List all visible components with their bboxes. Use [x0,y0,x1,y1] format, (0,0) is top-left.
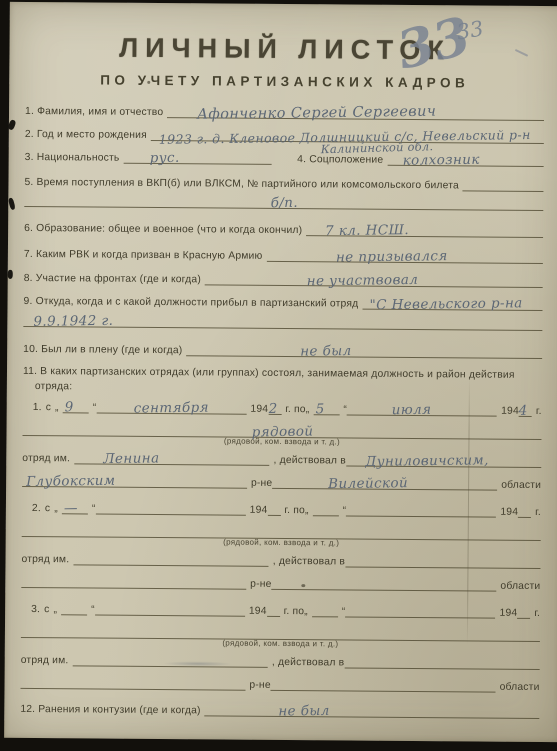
printed-oblasti: области [496,682,540,693]
quote-open: „ [305,505,313,516]
form-item-6: 6. Образование: общее и военное (что и к… [24,219,543,238]
row-2-acted-line [345,552,541,569]
printed-from: с [46,402,55,413]
item-8-line: не участвовал [205,270,543,288]
handwritten-page-number-small: 33 [455,16,485,44]
quote-close: “ [89,402,97,413]
row-3-acted-line [344,653,540,670]
form-item-8: 8. Участие на фронтах (где и когда) не у… [24,269,543,288]
printed-rne: р-не [246,579,271,590]
item-8-handwritten-value: не участвовал [306,272,418,289]
row-2-from-day-line: — [62,499,88,514]
row-2-to-year-line [518,503,531,518]
row-1-acted-in: Дуниловичским, [365,452,489,470]
item-8-label: 8. Участие на фронтах (где и когда) [24,273,205,285]
row-1-from-month-line: сентября [96,399,246,415]
service-row-3-region: р-не области [21,674,540,693]
item-9-label: 9. Откуда, когда и с какой должности при… [24,296,363,310]
item-5-handwritten-value: б/п. [270,195,298,211]
item-9-line: "С Невельского р-на [362,295,542,311]
quote-open: „ [55,402,63,413]
item-10-label: 10. Был ли в плену (где и когда) [23,344,186,356]
row-3-number: 3. [31,604,44,615]
item-3-line: рус. [123,149,271,165]
service-row-1-otryad: отряд им. Ленина , действовал в Дунилови… [22,449,541,468]
row-1-to-year: 4 [519,403,528,419]
item-12-line: не был [205,701,540,719]
service-row-1-region: Глубокским р-не Вилейской области [22,472,541,491]
printed-194: 194 [246,404,268,415]
quote-close: “ [339,505,347,516]
printed-deistvoval: , действовал в [268,657,344,669]
item-7-line: не призывался [266,247,543,264]
printed-194: 194 [496,608,518,619]
printed-194: 194 [497,406,519,417]
row-3-from-year-line [267,602,280,617]
row-3-to-year-line [517,604,530,619]
printed-rne: р-не [247,478,272,489]
scanned-form-page: 33 33 ЛИЧНЫЙ ЛИСТОК ПО УЧЕТУ ПАРТИЗАНСКИ… [4,2,557,742]
quote-close: “ [338,606,346,617]
item-7-label: 7. Каким РВК и когда призван в Красную А… [24,249,267,262]
item-10-handwritten-value: не был [300,343,352,360]
form-item-5-continuation: б/п. [24,192,543,211]
printed-otryad-im: отряд им. [22,453,74,464]
printed-g: г. [530,608,540,619]
printed-g-po: г. по [280,606,305,617]
form-item-2: 2. Год и место рождения 1923 г. д. Клено… [25,125,544,144]
row-1-from-day-line: 9 [63,398,89,413]
quote-close: “ [87,604,95,615]
row-1-to-day-line: 5 [313,400,339,415]
row-3-to-day-line [312,602,338,617]
printed-deistvoval: , действовал в [269,455,345,467]
row-2-to-month-line [346,501,496,517]
service-row-2-dates: 2. с „ — “ 194 г. по „ “ 194 г. [22,499,541,518]
item-2-label: 2. Год и место рождения [25,129,151,141]
row-3-district2-line [21,674,246,691]
edge-ink-mark [8,197,16,210]
ink-smudge [162,661,232,667]
row-3-oblast-line [271,676,496,693]
row-1-oblast-line: Вилейской [272,474,497,491]
row-1-acted-line: Дуниловичским, [346,451,542,468]
row-2-number: 2. [32,503,45,514]
item-1-line: Афонченко Сергей Сергеевич [167,103,544,121]
printed-otryad-im: отряд им. [21,655,73,666]
row-3-to-month-line [345,602,495,618]
service-row-3-otryad: отряд им. , действовал в [21,651,540,670]
row-1-oblast: Вилейской [328,475,408,492]
row-1-from-month: сентября [134,400,209,417]
row-1-from-year-line: 2 [268,400,281,415]
printed-194: 194 [246,505,268,516]
row-1-position: рядовой [251,423,313,440]
service-row-1-dates: 1. с „ 9 “ сентября 194 2 г. по „ 5 “ ию… [23,398,542,417]
form-item-9: 9. Откуда, когда и с какой должности при… [24,292,543,311]
form-subtitle: ПО УЧЕТУ ПАРТИЗАНСКИХ КАДРОВ [25,72,544,91]
item-12-label: 12. Ранения и контузии (где и когда) [20,704,204,716]
row-3-otryad-line [72,651,268,668]
service-row-2-region: р-не области [21,573,540,592]
printed-194: 194 [245,606,267,617]
row-1-to-day: 5 [315,401,324,417]
printed-otryad-im: отряд им. [21,554,73,565]
row-3-from-day-line [61,600,87,615]
service-row-2-otryad: отряд им. , действовал в [21,550,540,569]
form-item-11-label-line1: 11. В каких партизанских отрядах (или гр… [23,366,542,381]
form-body: 1. Фамилия, имя и отчество Афонченко Сер… [20,102,544,719]
item-3-label: 3. Национальность [25,152,124,164]
row-2-oblast-line [272,575,497,592]
item-5-label: 5. Время поступления в ВКП(б) или ВЛКСМ,… [24,177,463,191]
row-1-to-month: июля [392,402,432,419]
item-5-line [463,176,544,192]
item-9-handwritten-value: "С Невельского р-на [369,295,522,313]
row-1-from-year: 2 [268,401,277,417]
item-6-label: 6. Образование: общее и военное (что и к… [24,223,306,236]
printed-g-po: г. по [280,505,305,516]
printed-oblasti: области [497,480,541,491]
item-12-handwritten-value: не был [278,703,330,720]
item-3-handwritten-value: рус. [150,150,180,166]
edge-ink-mark [8,270,13,279]
quote-close: “ [339,404,347,415]
item-9-line2: 9.9.1942 г. [23,312,542,331]
row-1-district2: Глубокским [27,473,117,490]
service-row-3-dates: 3. с „ “ 194 г. по „ “ 194 г. [21,600,540,619]
form-item-3-4: Калининской обл. 3. Национальность рус. … [25,148,544,167]
quote-open: „ [54,503,62,514]
row-1-district2-line: Глубокским [22,472,247,489]
item-4-line: колхозник [387,151,544,167]
row-2-to-day-line [313,501,339,516]
printed-g: г. [531,507,541,518]
row-1-otryad-line: Ленина [74,449,270,466]
edge-ink-mark [7,119,16,130]
row-2-district2-line [21,573,246,590]
printed-g: г. [532,406,542,417]
row-2-from-year-line [267,501,280,516]
row-3-from-month-line [95,601,245,617]
row-1-number: 1. [33,402,46,413]
item-1-label: 1. Фамилия, имя и отчество [25,106,167,118]
item-7-handwritten-value: не призывался [335,248,447,265]
row-1-from-day: 9 [65,399,74,415]
form-item-11-label-line2: отряда: [23,381,542,396]
quote-close: “ [88,503,96,514]
row-1-to-month-line: июля [347,400,497,416]
item-4-label: 4. Соцположение [297,154,387,166]
quote-open: „ [304,606,312,617]
row-2-otryad-line [73,550,269,567]
item-6-line: 7 кл. НСШ. [306,221,543,238]
paper-speck [147,81,150,84]
form-item-10: 10. Был ли в плену (где и когда) не был [23,340,542,359]
row-1-to-year-line: 4 [519,402,532,417]
row-2-from-day: — [64,500,78,516]
form-item-7: 7. Каким РВК и когда призван в Красную А… [24,245,543,264]
printed-g-po: г. по [281,404,306,415]
row-2-from-month-line [96,500,246,516]
item-9-handwritten-date: 9.9.1942 г. [34,313,114,330]
printed-oblasti: области [496,581,540,592]
item-5-line2: б/п. [24,192,543,211]
item-6-handwritten-value: 7 кл. НСШ. [325,222,409,239]
form-item-9-continuation: 9.9.1942 г. [23,312,542,331]
form-item-5: 5. Время поступления в ВКП(б) или ВЛКСМ,… [24,173,543,192]
item-1-handwritten-value: Афонченко Сергей Сергеевич [197,104,436,123]
printed-from: с [45,503,54,514]
form-item-3: 3. Национальность рус. [25,148,272,165]
printed-194: 194 [496,507,518,518]
printed-deistvoval: , действовал в [269,556,345,568]
item-10-line: не был [186,341,542,359]
printed-rne: р-не [245,680,270,691]
form-item-12: 12. Ранения и контузии (где и когда) не … [20,700,539,719]
form-item-1: 1. Фамилия, имя и отчество Афонченко Сер… [25,102,544,121]
printed-from: с [44,604,53,615]
quote-open: „ [53,604,61,615]
row-1-otryad-name: Ленина [103,450,159,467]
quote-open: „ [306,404,314,415]
item-4-handwritten-value: колхозник [403,152,480,169]
